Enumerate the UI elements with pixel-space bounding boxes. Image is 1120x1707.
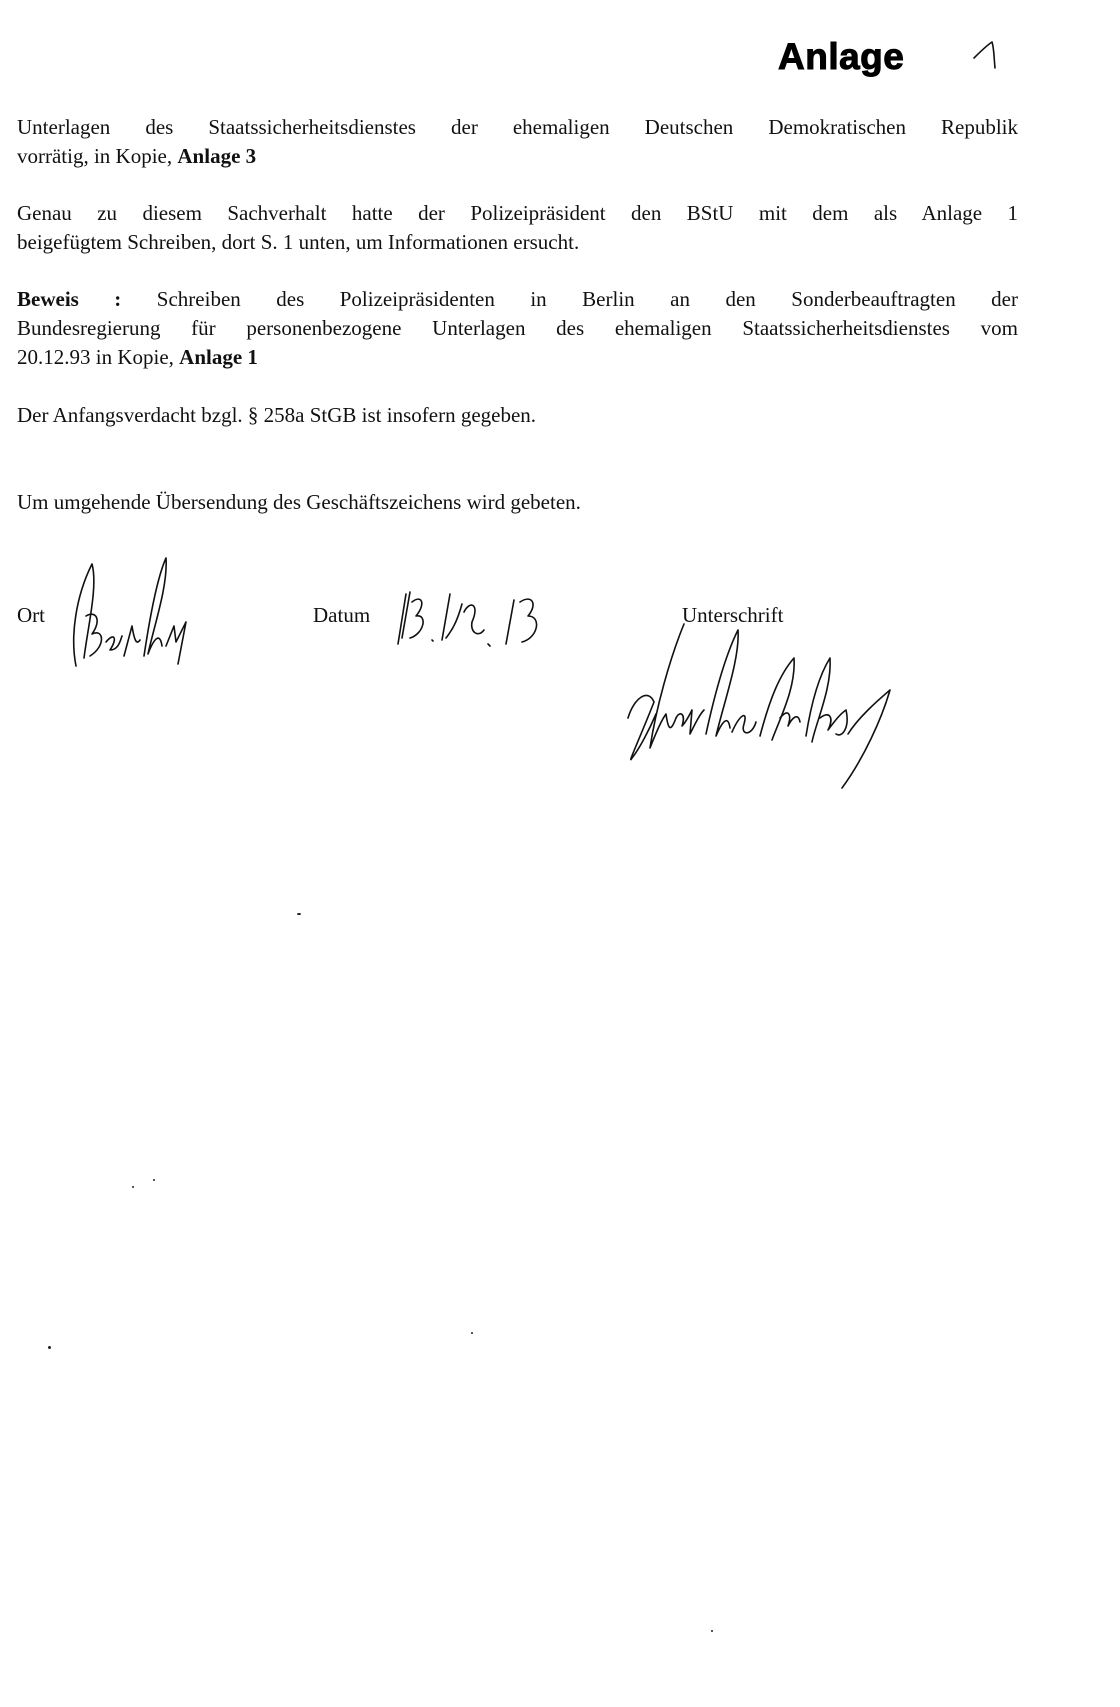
text-segment: Genau zu diesem Sachverhalt hatte der Po… bbox=[17, 201, 1018, 225]
text-line: Unterlagen des Staatssicherheitsdienstes… bbox=[17, 113, 1018, 142]
handwritten-place-berlin bbox=[62, 546, 202, 676]
handwritten-attachment-number bbox=[970, 36, 1010, 76]
handwritten-signature bbox=[620, 618, 920, 790]
scanned-document-page: Anlage Unterlagen des Staatssicherheitsd… bbox=[0, 0, 1120, 1707]
scan-speck bbox=[132, 1186, 134, 1188]
text-line: vorrätig, in Kopie, Anlage 3 bbox=[17, 142, 1018, 171]
text-segment: Schreiben des Polizeipräsidenten in Berl… bbox=[157, 287, 1018, 311]
text-segment: Bundesregierung für personenbezogene Unt… bbox=[17, 316, 1018, 340]
scan-speck bbox=[711, 1630, 713, 1632]
text-line: Bundesregierung für personenbezogene Unt… bbox=[17, 314, 1018, 343]
text-line: Beweis : Schreiben des Polizeipräsidente… bbox=[17, 285, 1018, 314]
handwritten-date bbox=[392, 588, 562, 658]
datum-label: Datum bbox=[313, 603, 370, 628]
scan-speck bbox=[48, 1346, 51, 1349]
scan-speck bbox=[297, 913, 301, 915]
ort-label: Ort bbox=[17, 603, 45, 628]
scan-speck bbox=[471, 1332, 473, 1334]
text-segment: vorrätig, in Kopie, bbox=[17, 144, 177, 168]
text-segment: 20.12.93 in Kopie, bbox=[17, 345, 179, 369]
paragraph-request-reference: Um umgehende Übersendung des Geschäftsze… bbox=[17, 488, 1018, 517]
text-line: beigefügtem Schreiben, dort S. 1 unten, … bbox=[17, 228, 1018, 257]
text-line: Genau zu diesem Sachverhalt hatte der Po… bbox=[17, 199, 1018, 228]
scan-speck bbox=[153, 1179, 155, 1181]
text-line: Um umgehende Übersendung des Geschäftsze… bbox=[17, 488, 1018, 517]
bold-text-segment: Beweis : bbox=[17, 287, 157, 311]
text-segment: Unterlagen des Staatssicherheitsdienstes… bbox=[17, 115, 1018, 139]
bold-text-segment: Anlage 1 bbox=[179, 345, 258, 369]
paragraph-evidence: Beweis : Schreiben des Polizeipräsidente… bbox=[17, 285, 1018, 372]
text-line: Der Anfangsverdacht bzgl. § 258a StGB is… bbox=[17, 401, 1018, 430]
text-segment: beigefügtem Schreiben, dort S. 1 unten, … bbox=[17, 230, 579, 254]
paragraph-initial-suspicion: Der Anfangsverdacht bzgl. § 258a StGB is… bbox=[17, 401, 1018, 430]
attachment-heading: Anlage bbox=[778, 36, 904, 78]
text-segment: Der Anfangsverdacht bzgl. § 258a StGB is… bbox=[17, 403, 536, 427]
paragraph-police-request: Genau zu diesem Sachverhalt hatte der Po… bbox=[17, 199, 1018, 257]
paragraph-documents-available: Unterlagen des Staatssicherheitsdienstes… bbox=[17, 113, 1018, 171]
text-segment: Um umgehende Übersendung des Geschäftsze… bbox=[17, 490, 581, 514]
bold-text-segment: Anlage 3 bbox=[177, 144, 256, 168]
text-line: 20.12.93 in Kopie, Anlage 1 bbox=[17, 343, 1018, 372]
